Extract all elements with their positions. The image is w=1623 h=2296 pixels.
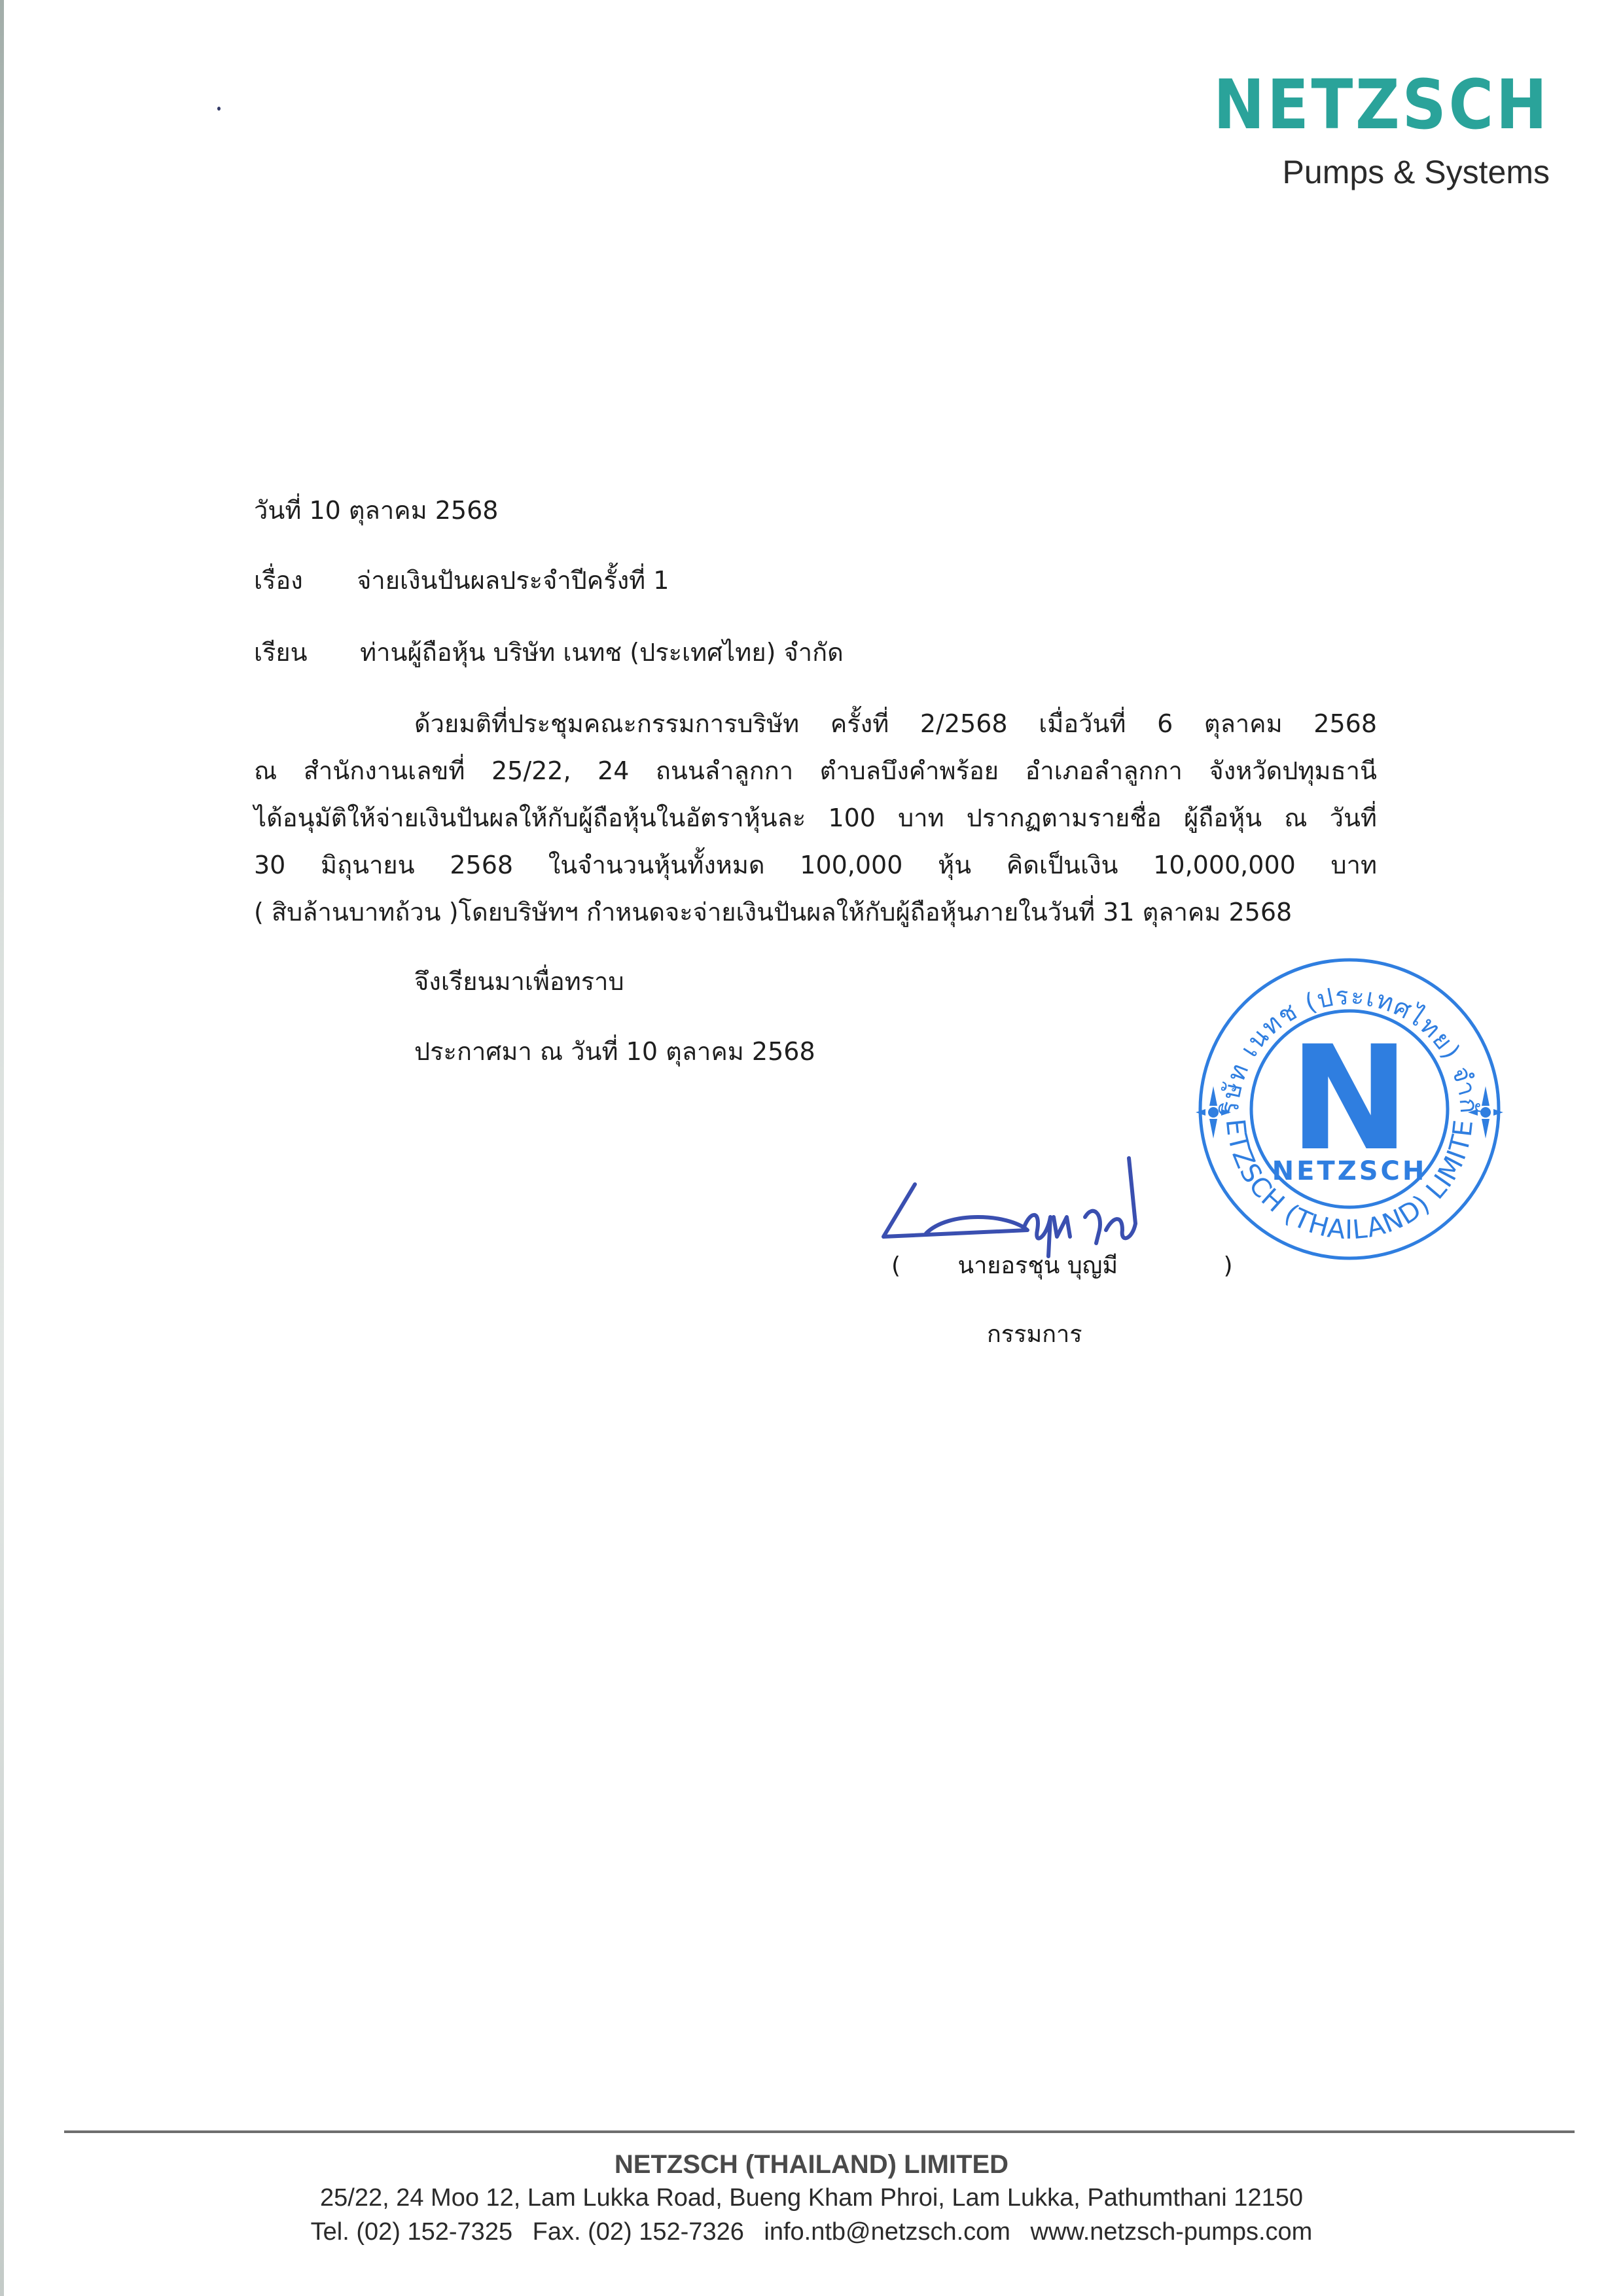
body-line: ได้อนุมัติให้จ่ายเงินปันผลให้กับผู้ถือหุ…	[254, 794, 1377, 841]
footer-tel: Tel. (02) 152-7325	[311, 2218, 512, 2246]
closing-text: จึงเรียนมาเพื่อทราบ	[414, 967, 624, 997]
seal-center-text: NETZSCH	[1272, 1156, 1427, 1186]
logo-wordmark: NETZSCH	[1213, 71, 1550, 139]
addressee-label: เรียน	[254, 638, 352, 668]
addressee-text: ท่านผู้ถือหุ้น บริษัท เนทช (ประเทศไทย) จ…	[360, 638, 844, 667]
footer-fax: Fax. (02) 152-7326	[533, 2218, 744, 2246]
subject-label: เรื่อง	[254, 566, 349, 596]
company-seal-stamp: บริษัท เนทช (ประเทศไทย) จำกัด NETZSCH (T…	[1192, 952, 1507, 1266]
body-line: ( สิบล้านบาทถ้วน )โดยบริษัทฯ กำหนดจะจ่าย…	[254, 889, 1377, 936]
addressee-line: เรียน ท่านผู้ถือหุ้น บริษัท เนทช (ประเทศ…	[254, 638, 844, 668]
footer-website[interactable]: www.netzsch-pumps.com	[1031, 2218, 1313, 2246]
close-paren: )	[1224, 1252, 1233, 1279]
body-line: ณ สำนักงานเลขที่ 25/22, 24 ถนนลำลูกกา ตำ…	[254, 747, 1377, 794]
handwritten-signature	[877, 1132, 1178, 1263]
scan-speck	[217, 107, 221, 111]
footer-company-name: NETZSCH (THAILAND) LIMITED	[0, 2150, 1623, 2180]
body-line: ด้วยมติที่ประชุมคณะกรรมการบริษัท ครั้งที…	[254, 700, 1377, 747]
signer-name: นายอรชุน บุญมี	[957, 1246, 1118, 1284]
logo-tagline: Pumps & Systems	[1176, 153, 1550, 191]
letter-body: ด้วยมติที่ประชุมคณะกรรมการบริษัท ครั้งที…	[254, 700, 1377, 936]
company-logo: NETZSCH Pumps & Systems	[1176, 71, 1550, 191]
subject-line: เรื่อง จ่ายเงินปันผลประจำปีครั้งที่ 1	[254, 566, 669, 596]
footer-email[interactable]: info.ntb@netzsch.com	[764, 2218, 1010, 2246]
body-line: 30 มิถุนายน 2568 ในจำนวนหุ้นทั้งหมด 100,…	[254, 841, 1377, 889]
footer-divider	[64, 2130, 1575, 2133]
scan-edge-artifact	[0, 0, 4, 2296]
announcement-date: ประกาศมา ณ วันที่ 10 ตุลาคม 2568	[414, 1037, 815, 1067]
subject-text: จ่ายเงินปันผลประจำปีครั้งที่ 1	[357, 566, 669, 595]
letter-date: วันที่ 10 ตุลาคม 2568	[254, 496, 498, 526]
signer-role: กรรมการ	[987, 1315, 1082, 1352]
footer-address: 25/22, 24 Moo 12, Lam Lukka Road, Bueng …	[0, 2184, 1623, 2212]
signer-name-line: ( นายอรชุน บุญมี )	[891, 1246, 1233, 1284]
footer-contact-line: Tel. (02) 152-7325 Fax. (02) 152-7326 in…	[0, 2218, 1623, 2246]
open-paren: (	[891, 1252, 950, 1279]
